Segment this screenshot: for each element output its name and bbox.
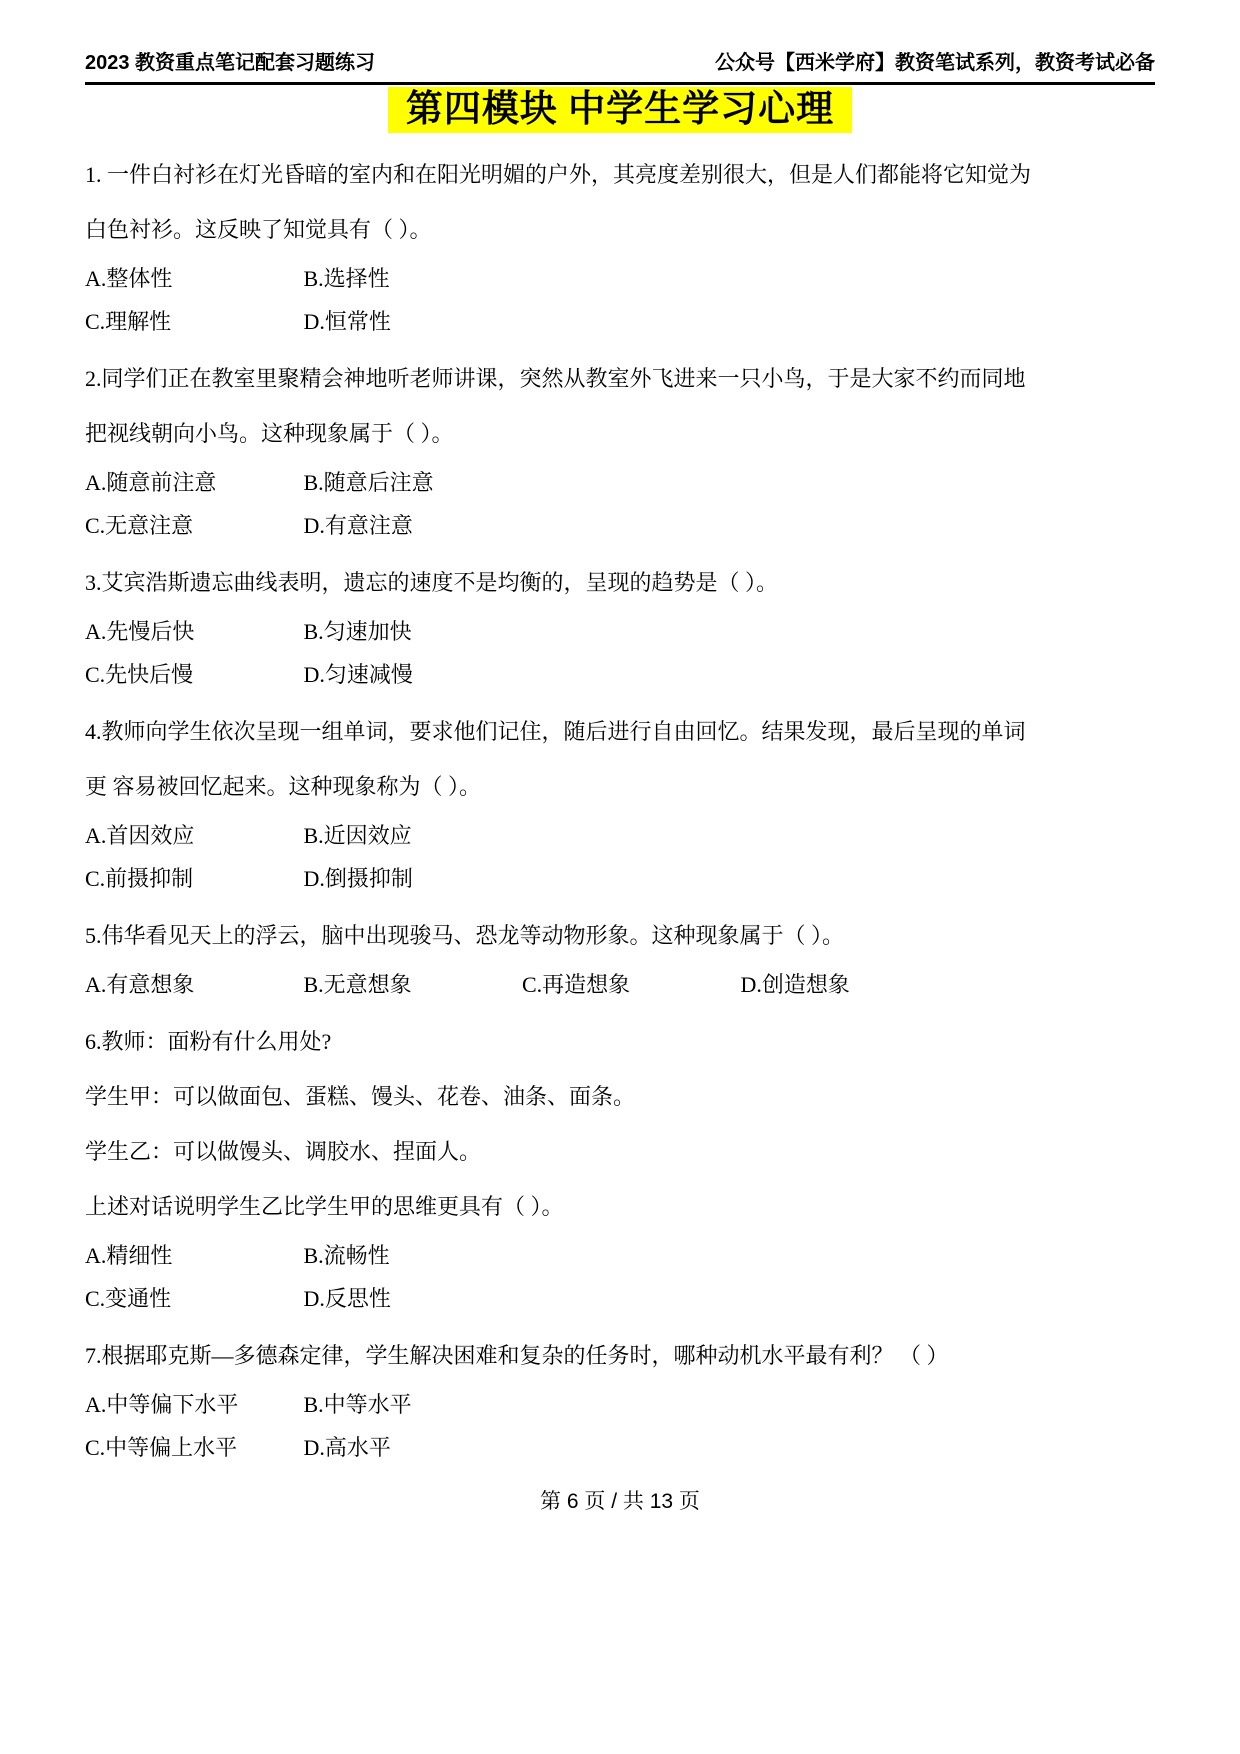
option-row: A.有意想象 B.无意想象 C.再造想象 D.创造想象 — [85, 963, 1155, 1006]
option-row: A.首因效应 B.近因效应 — [85, 814, 1155, 857]
page-header: 2023 教资重点笔记配套习题练习 公众号【西米学府】教资笔试系列，教资考试必备 — [85, 0, 1155, 85]
question-stem-line: 白色衬衫。这反映了知觉具有（ ）。 — [85, 202, 1155, 257]
header-right-text: 公众号【西米学府】教资笔试系列，教资考试必备 — [715, 46, 1155, 75]
option-row: A.整体性 B.选择性 — [85, 257, 1155, 300]
question-stem-line: 把视线朝向小鸟。这种现象属于（ ）。 — [85, 406, 1155, 461]
option-row: C.变通性 D.反思性 — [85, 1277, 1155, 1320]
page-footer: 第 6 页 / 共 13 页 — [85, 1485, 1155, 1515]
option-row: A.精细性 B.流畅性 — [85, 1234, 1155, 1277]
option: B.随意后注意 — [304, 461, 434, 504]
option: A.有意想象 — [85, 963, 298, 1006]
option: D.创造想象 — [741, 963, 850, 1006]
question-stem-line: 上述对话说明学生乙比学生甲的思维更具有（ ）。 — [85, 1179, 1155, 1234]
option-row: C.无意注意 D.有意注意 — [85, 504, 1155, 547]
option: A.中等偏下水平 — [85, 1383, 298, 1426]
question-stem-line: 3.艾宾浩斯遗忘曲线表明，遗忘的速度不是均衡的，呈现的趋势是（ ）。 — [85, 555, 1155, 610]
question-2: 2.同学们正在教室里聚精会神地听老师讲课，突然从教室外飞进来一只小鸟，于是大家不… — [85, 351, 1155, 547]
question-stem-line: 更 容易被回忆起来。这种现象称为（ ）。 — [85, 759, 1155, 814]
option-row: A.先慢后快 B.匀速加快 — [85, 610, 1155, 653]
question-stem-line: 7.根据耶克斯—多德森定律，学生解决困难和复杂的任务时，哪种动机水平最有利？ （… — [85, 1328, 1155, 1383]
question-stem-line: 学生甲：可以做面包、蛋糕、馒头、花卷、油条、面条。 — [85, 1069, 1155, 1124]
option: B.选择性 — [304, 257, 390, 300]
option: A.先慢后快 — [85, 610, 298, 653]
option: D.倒摄抑制 — [304, 857, 413, 900]
option-row: C.先快后慢 D.匀速减慢 — [85, 653, 1155, 696]
question-3: 3.艾宾浩斯遗忘曲线表明，遗忘的速度不是均衡的，呈现的趋势是（ ）。 A.先慢后… — [85, 555, 1155, 696]
question-stem-line: 1. 一件白衬衫在灯光昏暗的室内和在阳光明媚的户外，其亮度差别很大，但是人们都能… — [85, 147, 1155, 202]
question-stem-line: 4.教师向学生依次呈现一组单词，要求他们记住，随后进行自由回忆。结果发现，最后呈… — [85, 704, 1155, 759]
option: B.近因效应 — [304, 814, 412, 857]
option: A.精细性 — [85, 1234, 298, 1277]
option: C.无意注意 — [85, 504, 298, 547]
question-4: 4.教师向学生依次呈现一组单词，要求他们记住，随后进行自由回忆。结果发现，最后呈… — [85, 704, 1155, 900]
question-stem-line: 2.同学们正在教室里聚精会神地听老师讲课，突然从教室外飞进来一只小鸟，于是大家不… — [85, 351, 1155, 406]
question-stem-line: 6.教师：面粉有什么用处? — [85, 1014, 1155, 1069]
question-6: 6.教师：面粉有什么用处? 学生甲：可以做面包、蛋糕、馒头、花卷、油条、面条。 … — [85, 1014, 1155, 1320]
document-page: 2023 教资重点笔记配套习题练习 公众号【西米学府】教资笔试系列，教资考试必备… — [85, 0, 1155, 1515]
option: B.流畅性 — [304, 1234, 390, 1277]
question-7: 7.根据耶克斯—多德森定律，学生解决困难和复杂的任务时，哪种动机水平最有利？ （… — [85, 1328, 1155, 1469]
question-5: 5.伟华看见天上的浮云，脑中出现骏马、恐龙等动物形象。这种现象属于（ ）。 A.… — [85, 908, 1155, 1006]
option: C.变通性 — [85, 1277, 298, 1320]
option-row: C.中等偏上水平 D.高水平 — [85, 1426, 1155, 1469]
option: C.理解性 — [85, 300, 298, 343]
option: D.恒常性 — [304, 300, 391, 343]
option-row: C.前摄抑制 D.倒摄抑制 — [85, 857, 1155, 900]
module-title-row: 第四模块 中学生学习心理 — [85, 87, 1155, 135]
option: D.反思性 — [304, 1277, 391, 1320]
option: C.中等偏上水平 — [85, 1426, 298, 1469]
header-left-text: 2023 教资重点笔记配套习题练习 — [85, 46, 375, 75]
page-number: 第 6 页 / 共 13 页 — [540, 1490, 700, 1513]
option: A.随意前注意 — [85, 461, 298, 504]
option: B.中等水平 — [304, 1383, 412, 1426]
option: C.先快后慢 — [85, 653, 298, 696]
option: D.匀速减慢 — [304, 653, 413, 696]
question-stem-line: 5.伟华看见天上的浮云，脑中出现骏马、恐龙等动物形象。这种现象属于（ ）。 — [85, 908, 1155, 963]
question-1: 1. 一件白衬衫在灯光昏暗的室内和在阳光明媚的户外，其亮度差别很大，但是人们都能… — [85, 147, 1155, 343]
option: B.无意想象 — [304, 963, 517, 1006]
option: D.有意注意 — [304, 504, 413, 547]
option: B.匀速加快 — [304, 610, 412, 653]
option-row: A.中等偏下水平 B.中等水平 — [85, 1383, 1155, 1426]
option-row: A.随意前注意 B.随意后注意 — [85, 461, 1155, 504]
option: A.首因效应 — [85, 814, 298, 857]
option-row: C.理解性 D.恒常性 — [85, 300, 1155, 343]
questions-area: 1. 一件白衬衫在灯光昏暗的室内和在阳光明媚的户外，其亮度差别很大，但是人们都能… — [85, 147, 1155, 1469]
option: A.整体性 — [85, 257, 298, 300]
option: D.高水平 — [304, 1426, 391, 1469]
option: C.前摄抑制 — [85, 857, 298, 900]
question-stem-line: 学生乙：可以做馒头、调胶水、捏面人。 — [85, 1124, 1155, 1179]
option: C.再造想象 — [522, 963, 735, 1006]
module-title-highlight: 第四模块 中学生学习心理 — [388, 87, 852, 133]
